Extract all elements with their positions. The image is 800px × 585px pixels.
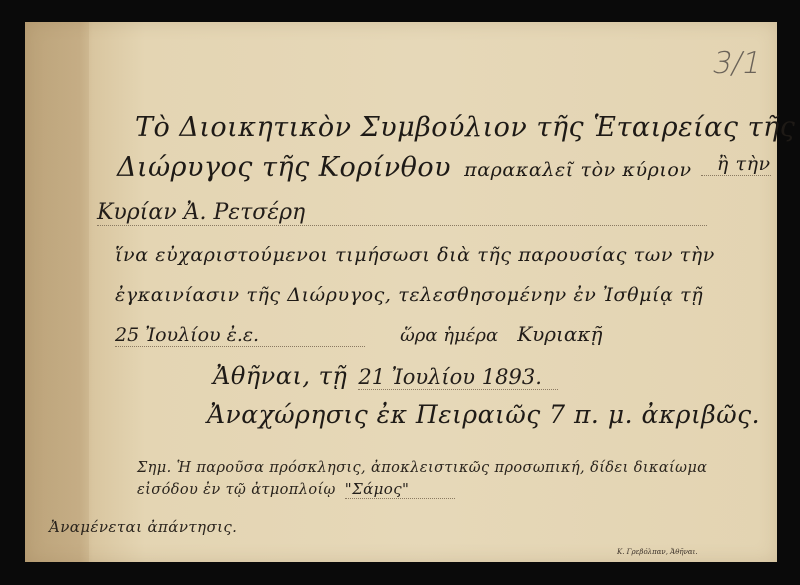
company-name-end: Διώρυγος τῆς Κορίνθου [117,152,451,183]
day-label: ὥρα ἡμέρα [400,325,498,346]
faded-edge-strip [25,22,89,562]
event-date-line: 25 Ἰουλίου ἐ.ε. ὥρα ἡμέρα Κυριακῇ [115,322,603,347]
body-line-2: ἐγκαινίασιν τῆς Διώρυγος, τελεσθησομένην… [115,284,703,306]
invitation-card: 3/1 Τὸ Διοικητικὸν Συμβούλιον τῆς Ἑταιρε… [25,22,777,562]
departure-info: Ἀναχώρησις ἐκ Πειραιῶς 7 π. μ. ἀκριβῶς. [207,400,760,429]
issue-date: 21 Ἰουλίου 1893. [358,365,558,390]
printer-mark: Κ. Γρεβόλπαν, Ἀθῆναι. [617,548,698,556]
rsvp-note: Ἀναμένεται ἀπάντησις. [49,518,237,536]
archive-number: 3/1 [709,46,765,81]
event-day: Κυριακῇ [517,322,602,346]
guest-name-line: Κυρίαν Ἀ. Ρετσέρη [97,200,717,226]
city: Ἀθῆναι, τῇ [213,362,347,390]
note-line-1: Σημ. Ἡ παροῦσα πρόσκλησις, ἀποκλειστικῶς… [137,460,707,476]
event-date: 25 Ἰουλίου ἐ.ε. [115,324,365,347]
request-text: παρακαλεῖ τὸν κύριον [464,159,692,181]
note-line-2: εἰσόδου ἐν τῷ ἀτμοπλοίῳ "Σάμος" [137,480,455,499]
guest-name: Κυρίαν Ἀ. Ρετσέρη [97,200,707,226]
heading-line-1: Τὸ Διοικητικὸν Συμβούλιον τῆς Ἑταιρείας … [135,112,795,143]
body-line-1: ἵνα εὐχαριστούμενοι τιμήσωσι διὰ τῆς παρ… [115,244,715,266]
issue-date-line: Ἀθῆναι, τῇ 21 Ἰουλίου 1893. [213,362,558,390]
heading-line-2: Διώρυγος τῆς Κορίνθου παρακαλεῖ τὸν κύρι… [117,152,771,183]
note-text: εἰσόδου ἐν τῷ ἀτμοπλοίῳ [137,482,336,498]
honorific-fill: ἢ τὴν [701,153,771,176]
ship-name: "Σάμος" [345,480,455,499]
